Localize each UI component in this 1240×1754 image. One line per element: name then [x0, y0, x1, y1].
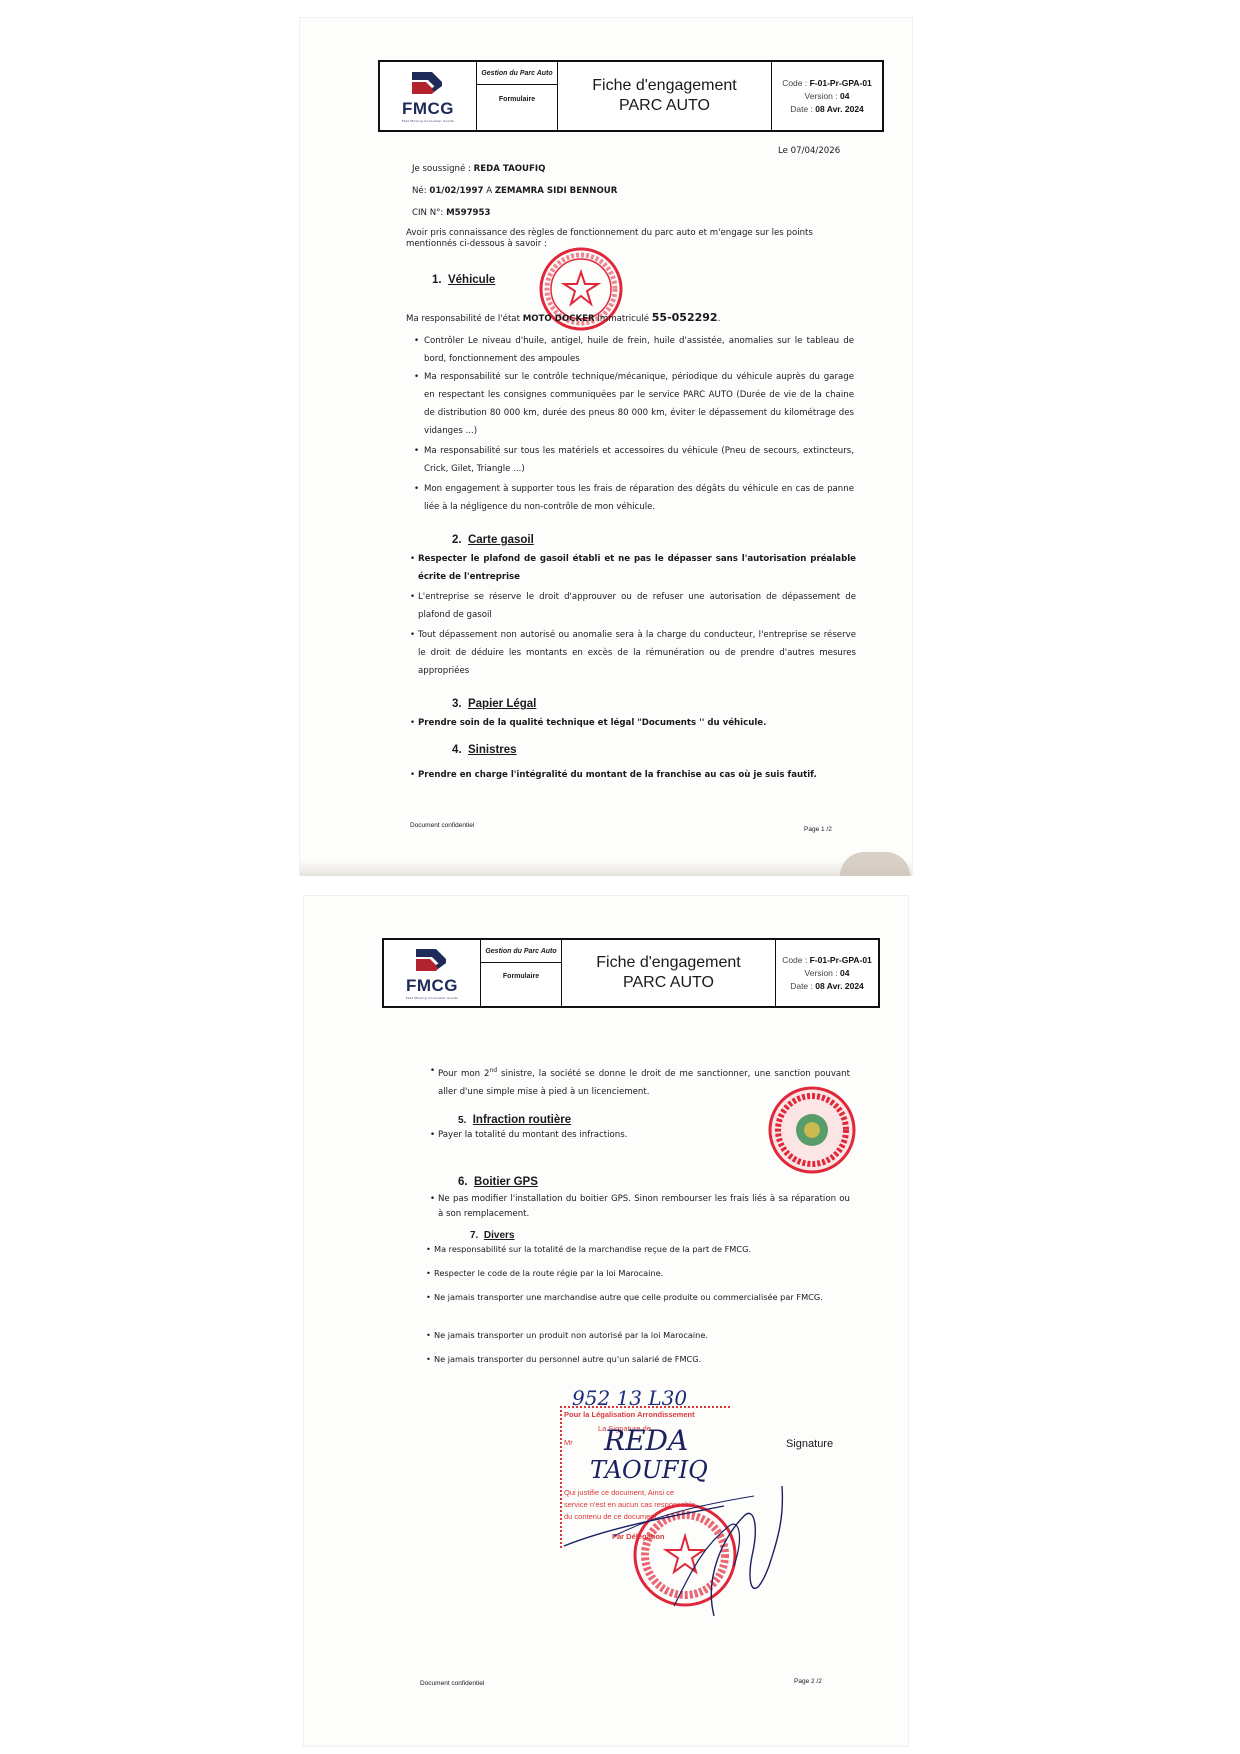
list-item: •Ma responsabilité sur le contrôle techn… [424, 368, 854, 440]
scan-thumb-shadow [840, 852, 910, 876]
list-item: •Contrôler Le niveau d'huile, antigel, h… [424, 332, 854, 368]
document-page-1: FMCG Fast Moving Consumer Goods Gestion … [300, 18, 912, 874]
employee-name: REDA TAOUFIQ [474, 164, 546, 174]
doc-date: Date : 08 Avr. 2024 [790, 103, 864, 116]
list-item: •L'entreprise se réserve le droit d'appr… [418, 588, 856, 624]
logo-tagline: Fast Moving Consumer Goods [406, 996, 458, 1000]
arrow-logo-icon [412, 947, 452, 975]
section-gps-title: 6. Boitier GPS [458, 1176, 538, 1188]
list-item: •Ne jamais transporter du personnel autr… [434, 1352, 854, 1367]
list-item: •Respecter le code de la route régie par… [434, 1266, 854, 1281]
scan-edge [300, 860, 912, 876]
section-vehicule-title: 1. Véhicule [432, 274, 495, 286]
signature-label: Signature [786, 1438, 833, 1450]
section-papier-title: 3. Papier Légal [452, 698, 536, 710]
birth-line: Né: 01/02/1997 A ZEMAMRA SIDI BENNOUR [412, 186, 617, 197]
doc-version: Version : 04 [805, 967, 850, 980]
signature-scribble-icon [554, 1456, 794, 1626]
handwritten-name: REDA [604, 1424, 688, 1457]
doc-title: Fiche d'engagement PARC AUTO [558, 62, 772, 130]
document-header: FMCG Fast Moving Consumer Goods Gestion … [378, 60, 884, 132]
title-line-2: PARC AUTO [619, 96, 710, 116]
list-item: •Ne pas modifier l'installation du boiti… [438, 1192, 850, 1222]
vehicle-responsibility: Ma responsabilité de l'état MOTO DOCKER … [406, 312, 720, 325]
doc-type-label: Formulaire [481, 963, 561, 1006]
list-item: •Prendre en charge l'intégralité du mont… [418, 766, 856, 784]
section-sinistres-title: 4. Sinistres [452, 744, 517, 756]
doc-code: Code : F-01-Pr-GPA-01 [782, 954, 872, 967]
doc-version: Version : 04 [805, 90, 850, 103]
arrow-logo-icon [408, 70, 448, 98]
company-logo: FMCG Fast Moving Consumer Goods [380, 62, 477, 130]
doc-meta: Code : F-01-Pr-GPA-01 Version : 04 Date … [776, 940, 878, 1006]
department-label: Gestion du Parc Auto [481, 940, 561, 963]
company-logo: FMCG Fast Moving Consumer Goods [384, 940, 481, 1006]
doc-title: Fiche d'engagement PARC AUTO [562, 940, 776, 1006]
page-number: Page 2 /2 [794, 1678, 822, 1685]
doc-date: Date : 08 Avr. 2024 [790, 980, 864, 993]
official-stamp-icon [766, 1084, 858, 1176]
list-item: •Respecter le plafond de gasoil établi e… [418, 550, 856, 586]
vehicle-model: MOTO DOCKER [523, 314, 595, 324]
section-infraction-title: 5. Infraction routière [458, 1114, 571, 1126]
list-item: •Ne jamais transporter un produit non au… [434, 1328, 854, 1343]
document-header: FMCG Fast Moving Consumer Goods Gestion … [382, 938, 880, 1008]
doc-meta: Code : F-01-Pr-GPA-01 Version : 04 Date … [772, 62, 882, 130]
logo-text: FMCG [402, 100, 454, 117]
date-line: Le 07/04/2026 [778, 146, 840, 157]
doc-type-label: Formulaire [477, 85, 557, 130]
logo-tagline: Fast Moving Consumer Goods [402, 119, 454, 123]
undersigned-line: Je soussigné : REDA TAOUFIQ [412, 164, 545, 175]
intro-paragraph: Avoir pris connaissance des règles de fo… [406, 228, 852, 250]
logo-text: FMCG [406, 977, 458, 994]
section-divers-title: 7. Divers [470, 1230, 514, 1241]
list-item: •Ne jamais transporter une marchandise a… [434, 1290, 854, 1305]
title-line-1: Fiche d'engagement [596, 953, 740, 973]
footer-confidential: Document confidentiel [410, 822, 474, 829]
doc-category: Gestion du Parc Auto Formulaire [477, 62, 558, 130]
document-page-2: FMCG Fast Moving Consumer Goods Gestion … [304, 896, 908, 1746]
doc-category: Gestion du Parc Auto Formulaire [481, 940, 562, 1006]
list-item: •Ma responsabilité sur tous les matériel… [424, 442, 854, 478]
vehicle-plate: 55-052292 [652, 311, 718, 324]
list-item: •Tout dépassement non autorisé ou anomal… [418, 626, 856, 680]
title-line-2: PARC AUTO [623, 973, 714, 993]
page-number: Page 1 /2 [804, 826, 832, 833]
section-gasoil-title: 2. Carte gasoil [452, 534, 534, 546]
list-item: •Prendre soin de la qualité technique et… [418, 714, 856, 732]
title-line-1: Fiche d'engagement [592, 76, 736, 96]
list-item: •Mon engagement à supporter tous les fra… [424, 480, 854, 516]
doc-code: Code : F-01-Pr-GPA-01 [782, 77, 872, 90]
cin-line: CIN N°: M597953 [412, 208, 491, 219]
footer-confidential: Document confidentiel [420, 1680, 484, 1687]
handwritten-register-number: 952 13 L30 [572, 1386, 687, 1410]
department-label: Gestion du Parc Auto [477, 62, 557, 85]
list-item: •Ma responsabilité sur la totalité de la… [434, 1242, 854, 1257]
